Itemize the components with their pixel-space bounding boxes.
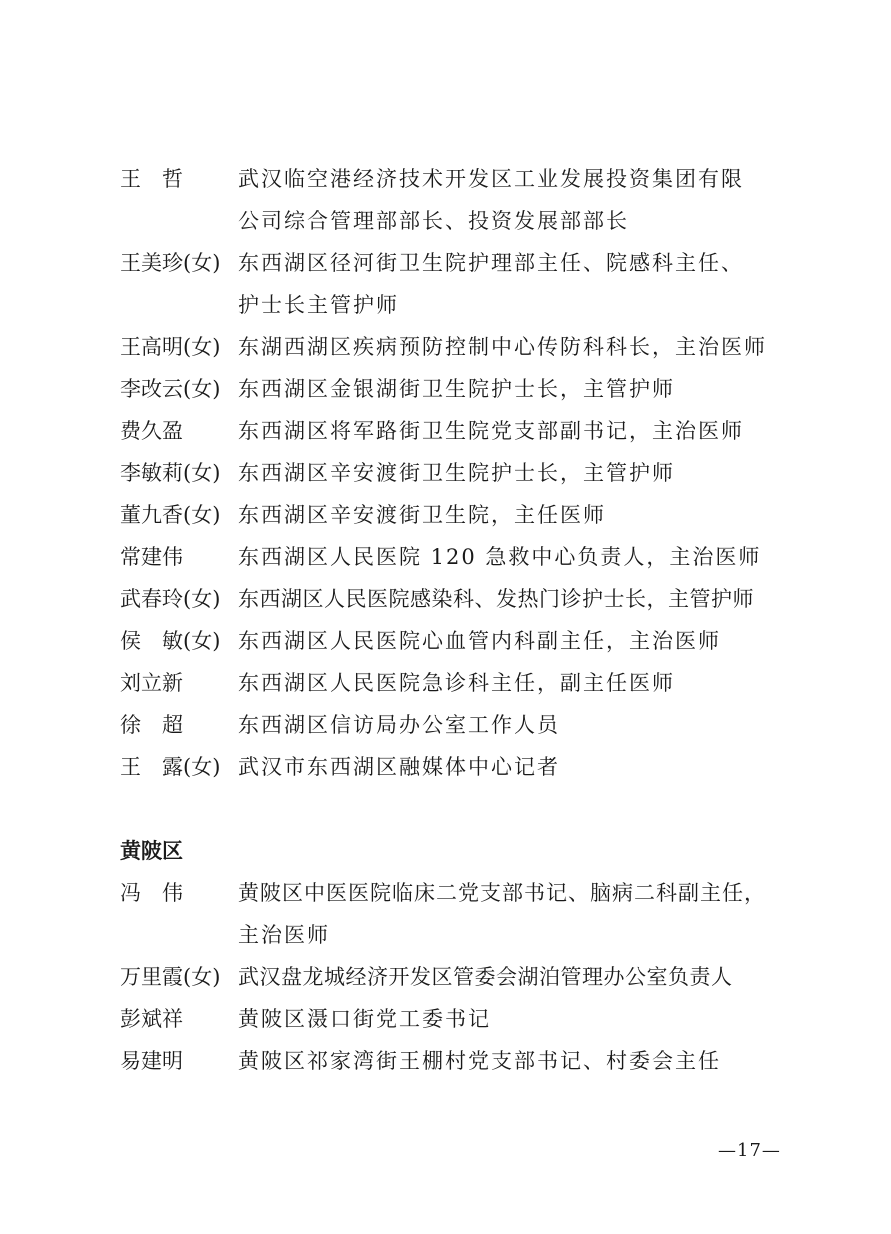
page-number: —17—	[718, 1140, 781, 1161]
person-title: 东西湖区人民医院感染科、发热门诊护士长，主管护师	[238, 578, 754, 620]
document-page: 王 哲 武汉临空港经济技术开发区工业发展投资集团有限 公司综合管理部部长、投资发…	[0, 0, 891, 1234]
person-title: 东西湖区金银湖街卫生院护士长，主管护师	[238, 368, 675, 410]
person-name: 刘立新	[120, 662, 238, 704]
person-name: 彭斌祥	[120, 998, 238, 1040]
person-title: 东西湖区人民医院 120 急救中心负责人，主治医师	[238, 536, 761, 578]
person-name: 常建伟	[120, 536, 238, 578]
person-name: 武春玲(女)	[120, 578, 238, 620]
person-name: 李改云(女)	[120, 368, 238, 410]
person-title: 武汉市东西湖区融媒体中心记者	[238, 746, 560, 788]
person-title: 东西湖区人民医院心血管内科副主任，主治医师	[238, 620, 721, 662]
person-name: 万里霞(女)	[120, 956, 238, 998]
person-title: 东西湖区人民医院急诊科主任，副主任医师	[238, 662, 675, 704]
person-name: 王 露(女)	[120, 746, 238, 788]
person-name: 王美珍(女)	[120, 242, 238, 284]
person-title: 东西湖区径河街卫生院护理部主任、院感科主任、	[238, 242, 744, 284]
person-title: 东湖西湖区疾病预防控制中心传防科科长，主治医师	[238, 326, 767, 368]
person-name: 王 哲	[120, 158, 238, 200]
person-title: 黄陂区祁家湾街王棚村党支部书记、村委会主任	[238, 1040, 721, 1082]
person-name: 王高明(女)	[120, 326, 238, 368]
person-title: 东西湖区辛安渡街卫生院，主任医师	[238, 494, 606, 536]
person-name: 董九香(女)	[120, 494, 238, 536]
person-title-cont: 护士长主管护师	[238, 284, 399, 326]
person-name: 侯 敏(女)	[120, 620, 238, 662]
section-heading: 黄陂区	[120, 830, 183, 872]
person-name: 费久盈	[120, 410, 238, 452]
person-title-cont: 主治医师	[238, 914, 330, 956]
person-title: 武汉临空港经济技术开发区工业发展投资集团有限	[238, 158, 744, 200]
person-title: 东西湖区信访局办公室工作人员	[238, 704, 560, 746]
person-title: 武汉盘龙城经济开发区管委会湖泊管理办公室负责人	[238, 956, 733, 998]
person-name: 徐 超	[120, 704, 238, 746]
person-title: 东西湖区将军路街卫生院党支部副书记，主治医师	[238, 410, 744, 452]
person-title-cont: 公司综合管理部部长、投资发展部部长	[238, 200, 629, 242]
person-title: 黄陂区滠口街党工委书记	[238, 998, 491, 1040]
person-name: 李敏莉(女)	[120, 452, 238, 494]
person-title: 黄陂区中医医院临床二党支部书记、脑病二科副主任，	[238, 872, 766, 914]
person-name: 易建明	[120, 1040, 238, 1082]
person-title: 东西湖区辛安渡街卫生院护士长，主管护师	[238, 452, 675, 494]
person-name: 冯 伟	[120, 872, 238, 914]
